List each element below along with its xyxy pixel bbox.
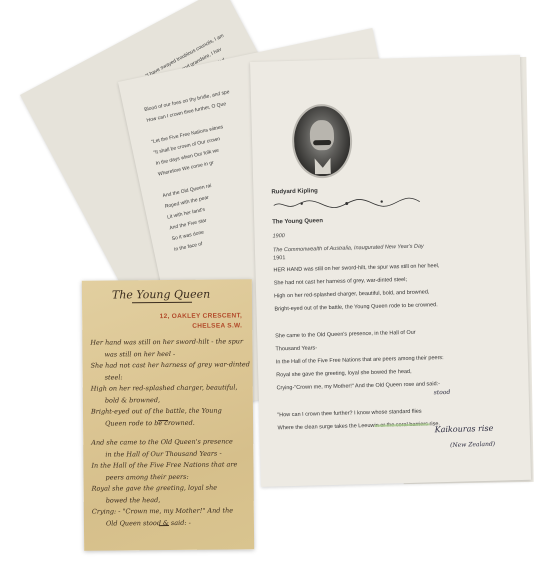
poem-line: Bright-eyed out of the battle, the Young… — [274, 302, 437, 312]
poem-subtitle: The Commonwealth of Australia, Inaugurat… — [273, 244, 424, 254]
poem-line: "How can I crown thee further? I know wh… — [277, 409, 422, 419]
ornament-divider-icon — [272, 197, 422, 211]
end-divider — [159, 525, 169, 526]
handwritten-annotation-2: (New Zealand) — [450, 441, 495, 449]
manuscript-text: Her hand was still on her sword-hilt - t… — [82, 279, 252, 280]
poem-line: She had not cast her harness of grey, wa… — [274, 277, 407, 286]
manuscript-title: The Young Queen — [112, 288, 210, 302]
letterhead-address: 12, OAKLEY CRESCENT, CHELSEA S.W. — [160, 311, 243, 332]
poem-line: HER HAND was still on her sword-hilt, th… — [273, 263, 439, 273]
poem-line: Crying-"Crown me, my Mother!" And the Ol… — [276, 381, 440, 391]
manuscript-line: Queen rode to be crowned. — [105, 418, 195, 427]
manuscript-line: Royal she gave the greeting, loyal she — [92, 484, 218, 493]
manuscript-line: High on her red-splashed charger, beauti… — [91, 383, 238, 392]
stanza-divider — [158, 420, 168, 421]
manuscript-line: in the Hall of Our Thousand Years - — [105, 449, 221, 458]
manuscript-line: bold & browned, — [105, 396, 160, 404]
poem-line: High on her red-splashed charger, beauti… — [274, 289, 429, 299]
poem-line: Where the clean surge takes the Leeuwin … — [278, 421, 440, 431]
manuscript-line: Bright-eyed out of the battle, the Young — [91, 407, 222, 416]
manuscript-line: peers among their peers: — [106, 472, 189, 481]
handwritten-annotation-1: Kaikouras rise — [435, 424, 494, 435]
portrait-collar — [315, 158, 331, 174]
manuscript-line: bowed the head, — [106, 496, 161, 504]
handwritten-manuscript: The Young Queen 12, OAKLEY CRESCENT, CHE… — [82, 279, 254, 550]
author-name: Rudyard Kipling — [271, 188, 317, 195]
poem-title: The Young Queen — [272, 218, 323, 225]
manuscript-line: was still on her heel - — [104, 349, 175, 358]
poem-subtitle-year: 1901 — [273, 255, 285, 261]
kipling-portrait — [291, 103, 353, 179]
portrait-moustache — [313, 140, 331, 145]
manuscript-line: steel: — [105, 373, 123, 381]
manuscript-line: Old Queen stood & said: - — [106, 518, 191, 527]
typed-page-front: Rudyard Kipling The Young Queen 1900 The… — [250, 55, 531, 487]
address-line-2: CHELSEA S.W. — [160, 321, 243, 332]
handwritten-correction: stood — [434, 389, 451, 396]
manuscript-line: And she came to the Old Queen's presence — [91, 437, 233, 446]
poem-year: 1900 — [272, 233, 284, 239]
title-underline — [132, 302, 192, 304]
poem-line: She came to the Old Queen's presence, in… — [275, 330, 416, 340]
portrait-face — [310, 120, 335, 151]
text-line: So it was done — [171, 229, 204, 242]
manuscript-line: She had not cast her harness of grey war… — [91, 360, 250, 369]
manuscript-line: Her hand was still on her sword-hilt - t… — [90, 337, 243, 346]
poem-line: Thousand Years- — [275, 345, 317, 352]
manuscript-line: Crying: - "Crown me, my Mother!" And the — [92, 506, 233, 515]
text-line: In the face of — [174, 241, 204, 253]
poem-line: Royal she gave the greeting, loyal she b… — [276, 369, 412, 379]
poem-line: In the Hall of the Five Free Nations tha… — [276, 355, 444, 365]
manuscript-line: In the Hall of the Five Free Nations tha… — [91, 460, 237, 469]
